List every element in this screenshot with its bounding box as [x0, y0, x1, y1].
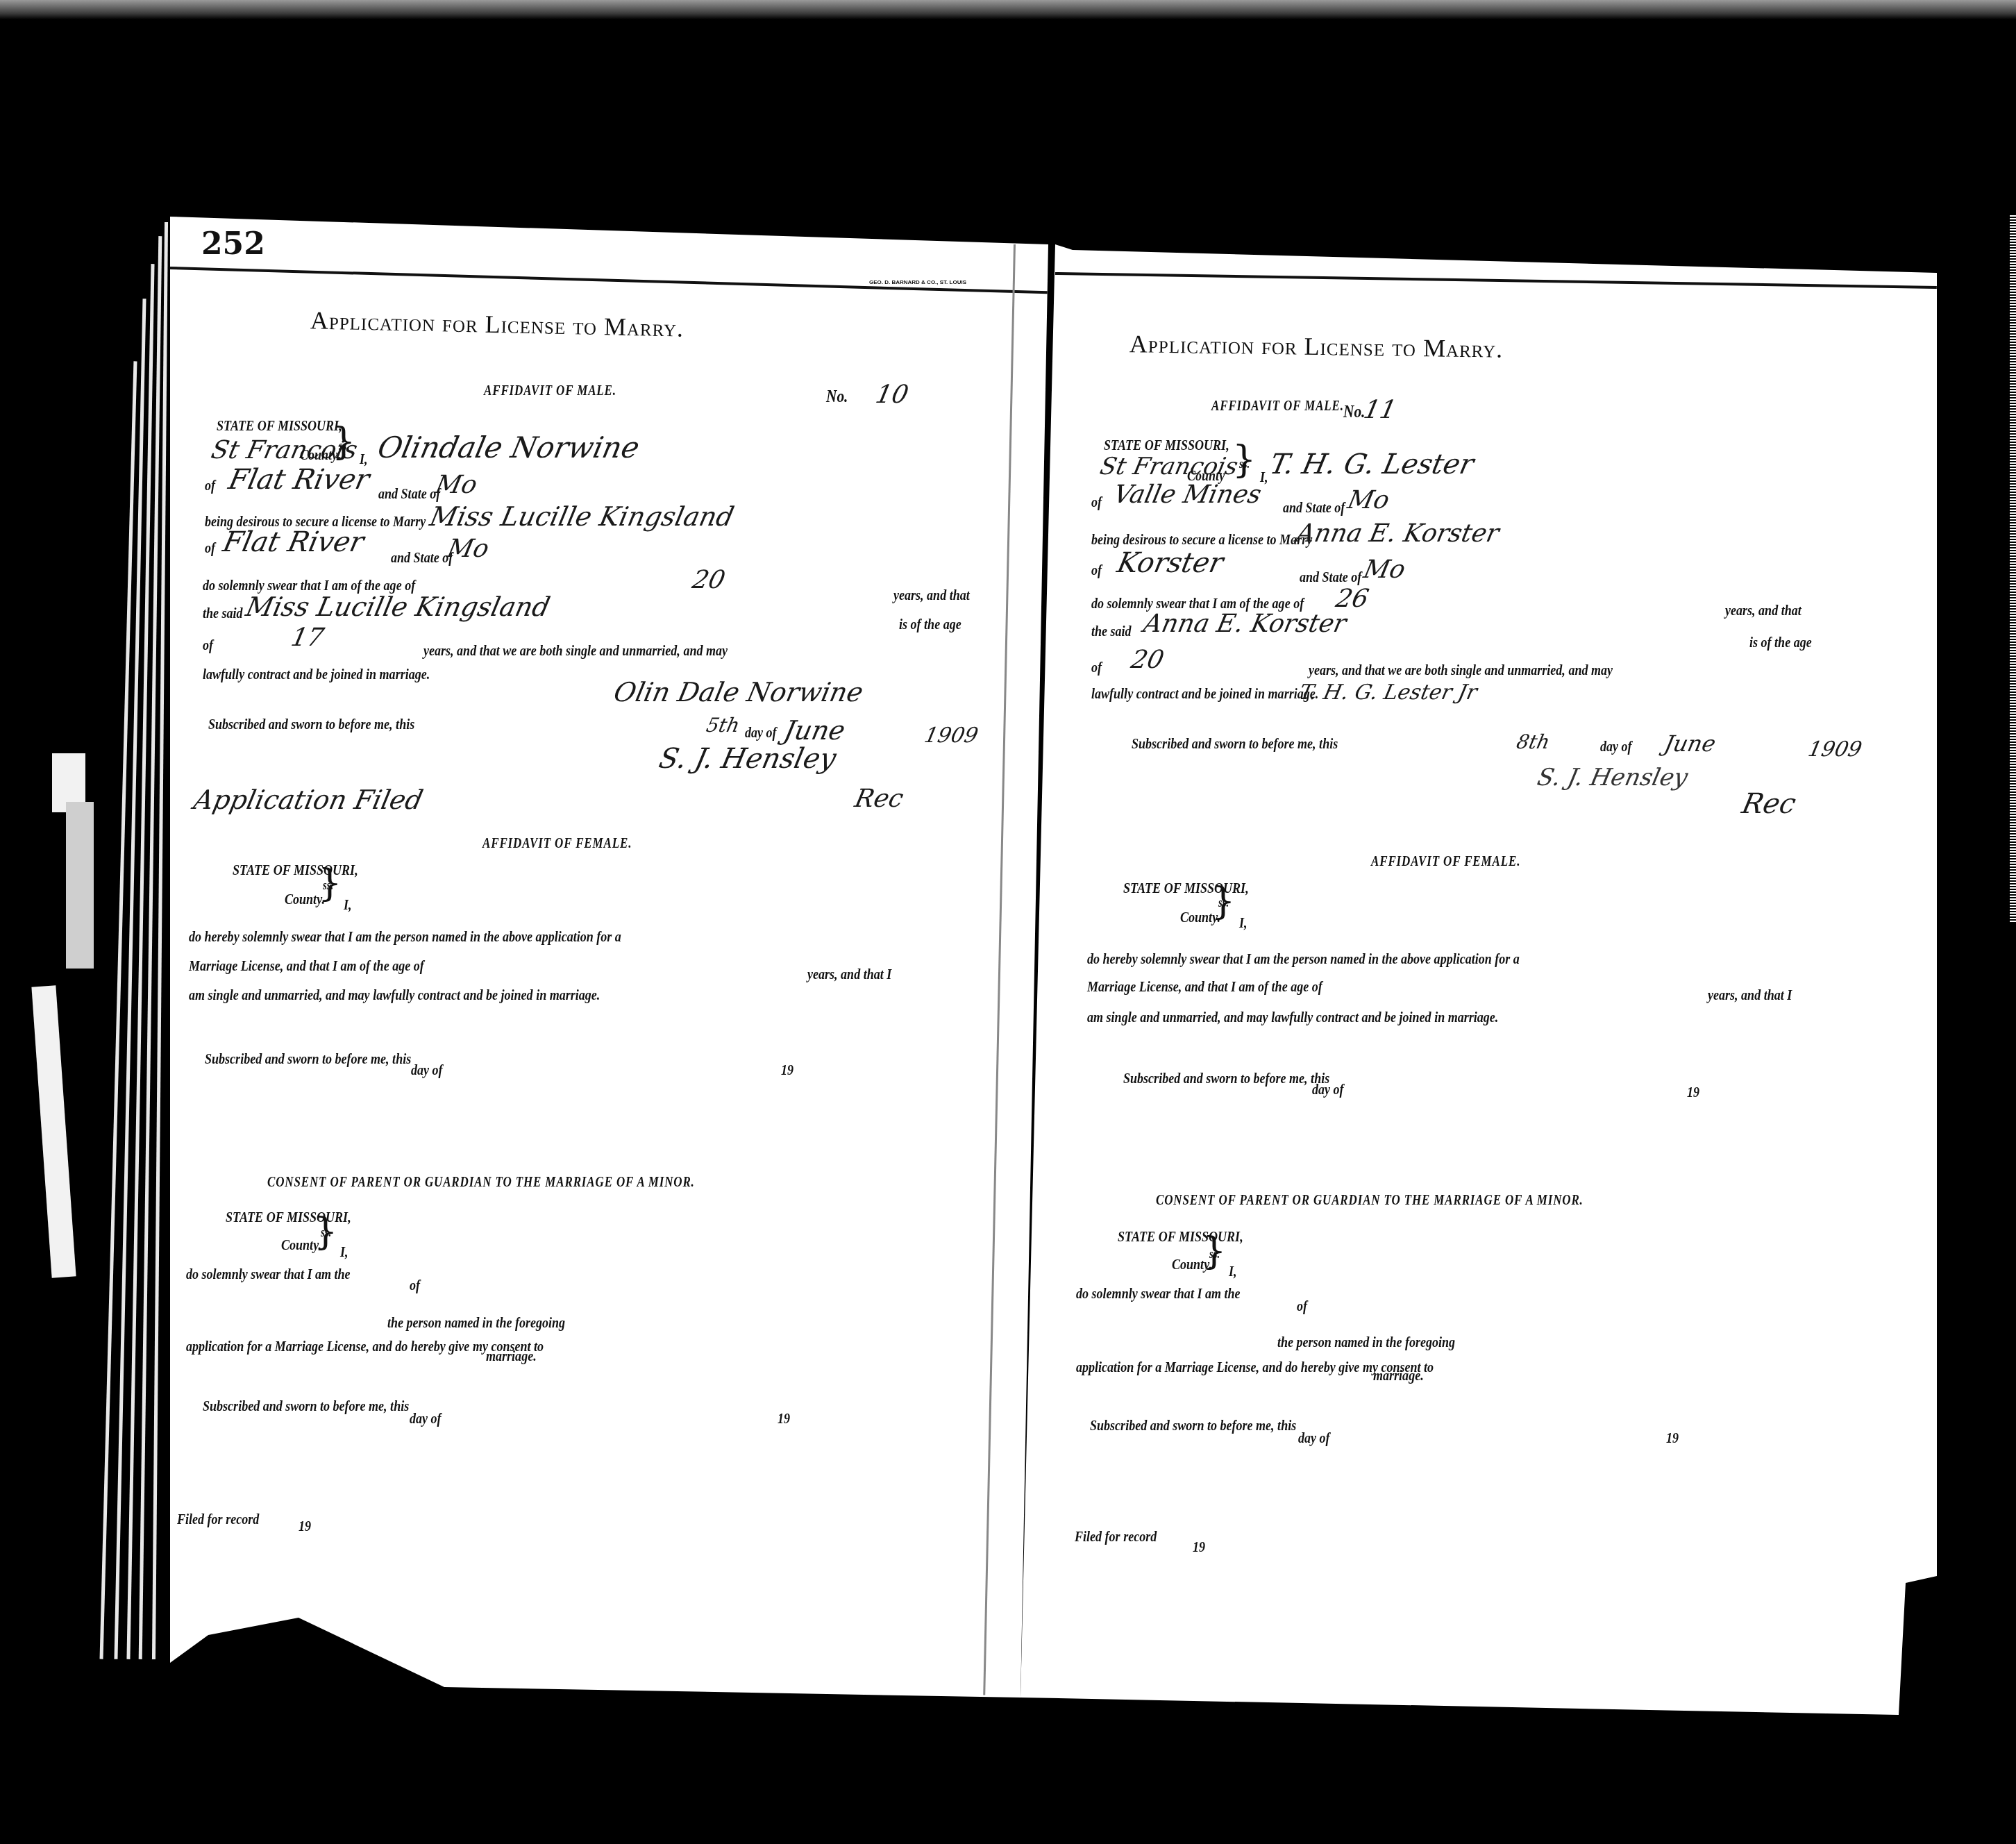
- of-label: of: [205, 476, 215, 494]
- consent-line-1a: do solemnly swear that I am the: [186, 1265, 351, 1283]
- printer-imprint: GEO. D. BARNARD & CO., ST. LOUIS: [869, 279, 966, 285]
- consent-line-1b: of: [1297, 1297, 1307, 1315]
- i-label: I,: [344, 896, 352, 914]
- the-said-label: the said: [203, 604, 243, 622]
- bride-residence: Korster: [1114, 547, 1226, 579]
- applicant-name: T. H. G. Lester: [1267, 449, 1477, 480]
- page-number: 252: [201, 226, 265, 262]
- sworn-day: 8th: [1514, 730, 1552, 753]
- applicant-state: Mo: [1345, 486, 1392, 514]
- single-text: years, and that we are both single and u…: [423, 642, 728, 660]
- consent-line-1b: of: [410, 1276, 420, 1294]
- record-number-label: No.: [826, 386, 848, 407]
- sworn-year: 1909: [1806, 737, 1864, 762]
- page-number: 253: [1847, 229, 1910, 265]
- recorder-title: Rec: [852, 785, 906, 813]
- ss-label: ss.: [321, 1225, 331, 1240]
- year-prefix: 19: [781, 1061, 793, 1079]
- applicant-age: 26: [1334, 585, 1372, 613]
- years-and-that: years, and that: [893, 586, 970, 604]
- day-of-label: day of: [745, 723, 777, 741]
- sworn-day: 5th: [704, 714, 741, 737]
- scan-noise-strip: [0, 0, 2016, 19]
- of-label-3: of: [1091, 658, 1102, 676]
- recorder-signature: S. J. Hensley: [1535, 764, 1690, 791]
- bride-age: 20: [1129, 646, 1167, 674]
- day-of-label: day of: [411, 1061, 443, 1079]
- bride-name-2: Anna E. Korster: [1141, 610, 1349, 638]
- bride-name-2: Miss Lucille Kingsland: [243, 592, 553, 622]
- single-text: years, and that we are both single and u…: [1309, 661, 1613, 679]
- of-label: of: [1091, 493, 1102, 511]
- ss-label: ss.: [339, 439, 349, 453]
- day-of-label: day of: [1298, 1429, 1330, 1447]
- application-filed-note: Application Filed: [191, 785, 426, 815]
- day-of-label: day of: [410, 1409, 442, 1427]
- subscribed-text: Subscribed and sworn to before me, this: [1132, 735, 1338, 753]
- applicant-state: Mo: [433, 471, 480, 499]
- state-label: STATE OF MISSOURI,: [1104, 436, 1229, 454]
- desirous-text: being desirous to secure a license to Ma…: [1091, 530, 1312, 548]
- the-said-label: the said: [1091, 622, 1132, 640]
- applicant-signature: Olin Dale Norwine: [611, 677, 866, 707]
- year-prefix: 19: [1666, 1429, 1679, 1447]
- female-line-2a: Marriage License, and that I am of the a…: [189, 957, 424, 975]
- subscribed-text: Subscribed and sworn to before me, this: [203, 1397, 409, 1415]
- subscribed-text: Subscribed and sworn to before me, this: [205, 1050, 411, 1068]
- consent-heading: CONSENT OF PARENT OR GUARDIAN TO THE MAR…: [1156, 1193, 1584, 1209]
- female-affidavit-heading: AFFIDAVIT OF FEMALE.: [1371, 854, 1520, 870]
- state-of-label-2: and State of: [391, 548, 453, 567]
- day-of-label: day of: [1312, 1080, 1344, 1098]
- i-label: I,: [340, 1243, 348, 1261]
- i-label: I,: [1229, 1262, 1237, 1280]
- bride-state: Mo: [445, 535, 492, 563]
- subscribed-text: Subscribed and sworn to before me, this: [208, 715, 414, 733]
- ss-label: ss.: [1239, 457, 1250, 471]
- filed-year-prefix: 19: [1193, 1538, 1205, 1556]
- of-label-3: of: [203, 636, 213, 654]
- bride-age: 17: [289, 623, 327, 652]
- form-title: Application for License to Marry.: [1129, 329, 1504, 364]
- form-title: Application for License to Marry.: [310, 305, 684, 342]
- applicant-signature: T. H. G. Lester Jr: [1297, 680, 1479, 705]
- applicant-residence: Valle Mines: [1111, 480, 1264, 509]
- state-of-label: and State of: [1283, 498, 1345, 517]
- consent-line-3b: marriage.: [1373, 1366, 1424, 1384]
- female-line-3: am single and unmarried, and may lawfull…: [1087, 1008, 1498, 1026]
- male-affidavit-heading: AFFIDAVIT OF MALE.: [1211, 399, 1344, 414]
- subscribed-text: Subscribed and sworn to before me, this: [1123, 1069, 1329, 1087]
- inserted-slip: [66, 802, 94, 969]
- day-of-label: day of: [1600, 737, 1632, 755]
- sworn-month: June: [781, 715, 848, 746]
- consent-line-2: the person named in the foregoing: [1277, 1333, 1455, 1351]
- is-of-age-label: is of the age: [1749, 633, 1812, 651]
- i-label: I,: [1239, 914, 1248, 932]
- year-prefix: 19: [778, 1409, 790, 1427]
- consent-line-2: the person named in the foregoing: [387, 1314, 565, 1332]
- bride-state: Mo: [1361, 555, 1408, 584]
- header-rule: [1055, 272, 1937, 289]
- state-label: STATE OF MISSOURI,: [217, 417, 342, 435]
- female-line-2b: years, and that I: [807, 965, 891, 983]
- female-affidavit-heading: AFFIDAVIT OF FEMALE.: [482, 836, 632, 852]
- state-of-label-2: and State of: [1300, 568, 1361, 586]
- years-and-that: years, and that: [1725, 601, 1801, 619]
- record-number-value: 11: [1361, 396, 1400, 424]
- female-line-2b: years, and that I: [1708, 986, 1792, 1004]
- sworn-year: 1909: [922, 723, 980, 748]
- record-number-value: 10: [873, 380, 912, 409]
- filed-year-prefix: 19: [299, 1517, 311, 1535]
- female-line-3: am single and unmarried, and may lawfull…: [189, 986, 600, 1004]
- recorder-signature: S. J. Hensley: [656, 743, 839, 775]
- inserted-slip: [31, 985, 76, 1277]
- applicant-age: 20: [690, 566, 728, 594]
- scanner-edge-bar: [2010, 215, 2016, 923]
- lawfully-text: lawfully contract and be joined in marri…: [1091, 685, 1318, 703]
- female-line-2a: Marriage License, and that I am of the a…: [1087, 978, 1322, 996]
- ss-label: ss.: [323, 878, 333, 893]
- bride-residence: Flat River: [220, 526, 367, 558]
- filed-for-record-label: Filed for record: [1075, 1527, 1157, 1545]
- sworn-month: June: [1662, 730, 1718, 757]
- consent-line-1a: do solemnly swear that I am the: [1076, 1284, 1241, 1302]
- female-line-1: do hereby solemnly swear that I am the p…: [189, 928, 621, 946]
- consent-heading: CONSENT OF PARENT OR GUARDIAN TO THE MAR…: [267, 1175, 695, 1191]
- female-line-1: do hereby solemnly swear that I am the p…: [1087, 950, 1520, 968]
- male-affidavit-heading: AFFIDAVIT OF MALE.: [484, 383, 616, 399]
- bride-name: Anna E. Korster: [1294, 519, 1502, 548]
- recorder-title: Rec: [1739, 788, 1799, 820]
- subscribed-text: Subscribed and sworn to before me, this: [1090, 1416, 1296, 1434]
- page-stack-edge: [152, 222, 168, 1659]
- applicant-name: Olindale Norwine: [375, 430, 643, 464]
- state-of-label: and State of: [378, 485, 440, 503]
- is-of-age-label: is of the age: [899, 615, 961, 633]
- filed-for-record-label: Filed for record: [177, 1510, 259, 1528]
- ss-label: ss.: [1218, 896, 1229, 910]
- bride-name: Miss Lucille Kingsland: [427, 501, 737, 532]
- applicant-residence: Flat River: [226, 464, 372, 496]
- year-prefix: 19: [1687, 1083, 1699, 1101]
- of-label-2: of: [1091, 561, 1102, 579]
- consent-line-3b: marriage.: [486, 1347, 537, 1365]
- of-label-2: of: [205, 539, 215, 557]
- ss-label: ss.: [1209, 1247, 1220, 1262]
- lawfully-text: lawfully contract and be joined in marri…: [203, 665, 430, 683]
